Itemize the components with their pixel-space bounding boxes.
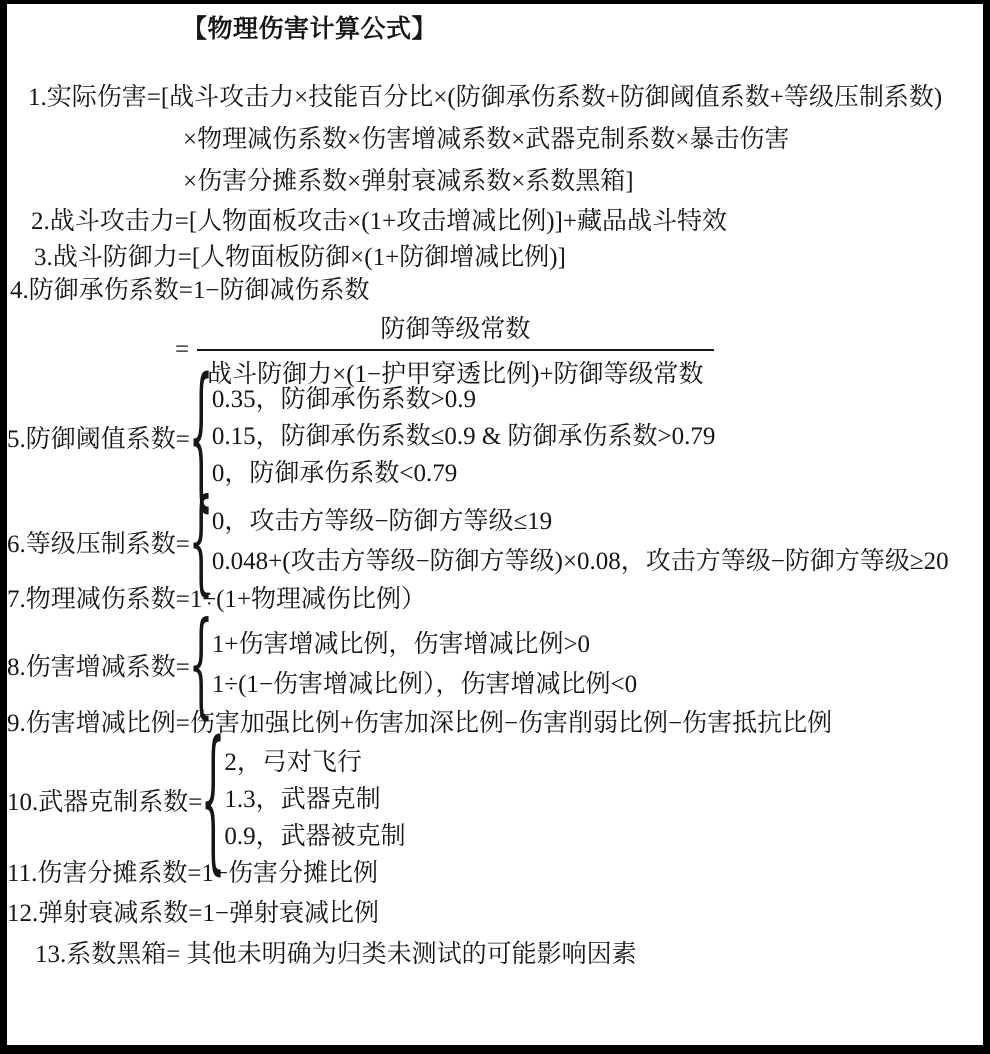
formula-2: 2.战斗攻击力=[人物面板攻击×(1+攻击增减比例)]+藏品战斗特效 (31, 207, 727, 237)
formula-5-cases: 0.35，防御承伤系数>0.9 0.15，防御承伤系数≤0.9 & 防御承伤系数… (212, 381, 716, 492)
formula-6: 6.等级压制系数= { 0，攻击方等级−防御方等级≤19 0.048+(攻击方等… (7, 502, 949, 582)
formula-5-case-3: 0，防御承伤系数<0.79 (212, 455, 716, 492)
formula-8-cases: 1+伤害增减比例，伤害增减比例>0 1÷(1−伤害增减比例），伤害增减比例<0 (212, 625, 637, 705)
formula-1-line-1: 1.实际伤害=[战斗攻击力×技能百分比×(防御承伤系数+防御阈值系数+等级压制系… (28, 83, 942, 113)
left-brace-icon: { (190, 635, 212, 695)
formula-10-cases: 2，弓对飞行 1.3，武器克制 0.9，武器被克制 (224, 744, 405, 855)
formula-5-case-2: 0.15，防御承伤系数≤0.9 & 防御承伤系数>0.79 (212, 418, 716, 455)
document-page: 【物理伤害计算公式】 1.实际伤害=[战斗攻击力×技能百分比×(防御承伤系数+防… (0, 0, 990, 1054)
formula-6-case-2: 0.048+(攻击方等级−防御方等级)×0.08，攻击方等级−防御方等级≥20 (212, 542, 949, 582)
formula-1-line-2: ×物理减伤系数×伤害增减系数×武器克制系数×暴击伤害 (183, 125, 789, 155)
formula-10-label: 10.武器克制系数= (7, 782, 202, 818)
doc-title: 【物理伤害计算公式】 (182, 9, 437, 45)
formula-7: 7.物理减伤系数=1÷(1+物理减伤比例） (7, 585, 426, 615)
equals-sign: = (175, 336, 189, 364)
formula-5: 5.防御阈值系数= { 0.35，防御承伤系数>0.9 0.15，防御承伤系数≤… (7, 381, 715, 492)
formula-5-label: 5.防御阈值系数= (7, 419, 190, 455)
left-brace-icon: { (190, 407, 212, 467)
left-brace-icon: { (202, 770, 224, 830)
formula-3: 3.战斗防御力=[人物面板防御×(1+防御增减比例)] (34, 243, 566, 273)
formula-8: 8.伤害增减系数= { 1+伤害增减比例，伤害增减比例>0 1÷(1−伤害增减比… (7, 625, 637, 705)
fraction: 防御等级常数 战斗防御力×(1−护甲穿透比例)+防御等级常数 (197, 309, 713, 390)
formula-10-case-1: 2，弓对飞行 (224, 744, 405, 781)
formula-6-case-1: 0，攻击方等级−防御方等级≤19 (212, 502, 949, 542)
formula-9: 9.伤害增减比例=伤害加强比例+伤害加深比例−伤害削弱比例−伤害抵抗比例 (7, 709, 832, 739)
left-brace-icon: { (190, 512, 212, 572)
formula-1-line-3: ×伤害分摊系数×弹射衰减系数×系数黑箱] (183, 167, 634, 197)
formula-4-fraction: = 防御等级常数 战斗防御力×(1−护甲穿透比例)+防御等级常数 (175, 309, 714, 390)
formula-6-label: 6.等级压制系数= (7, 524, 190, 560)
formula-11: 11.伤害分摊系数=1−伤害分摊比例 (7, 859, 378, 889)
formula-10-case-2: 1.3，武器克制 (224, 781, 405, 818)
formula-4: 4.防御承伤系数=1−防御减伤系数 (10, 276, 369, 306)
formula-10-case-3: 0.9，武器被克制 (224, 818, 405, 855)
formula-12: 12.弹射衰减系数=1−弹射衰减比例 (7, 899, 379, 929)
fraction-numerator: 防御等级常数 (197, 309, 713, 349)
paper-area: 【物理伤害计算公式】 1.实际伤害=[战斗攻击力×技能百分比×(防御承伤系数+防… (7, 4, 983, 1045)
formula-5-case-1: 0.35，防御承伤系数>0.9 (212, 381, 716, 418)
formula-8-case-2: 1÷(1−伤害增减比例），伤害增减比例<0 (212, 665, 637, 705)
formula-13: 13.系数黑箱= 其他未明确为归类未测试的可能影响因素 (35, 940, 637, 970)
formula-6-cases: 0，攻击方等级−防御方等级≤19 0.048+(攻击方等级−防御方等级)×0.0… (212, 502, 949, 582)
formula-8-label: 8.伤害增减系数= (7, 647, 190, 683)
formula-10: 10.武器克制系数= { 2，弓对飞行 1.3，武器克制 0.9，武器被克制 (7, 744, 406, 855)
formula-8-case-1: 1+伤害增减比例，伤害增减比例>0 (212, 625, 637, 665)
